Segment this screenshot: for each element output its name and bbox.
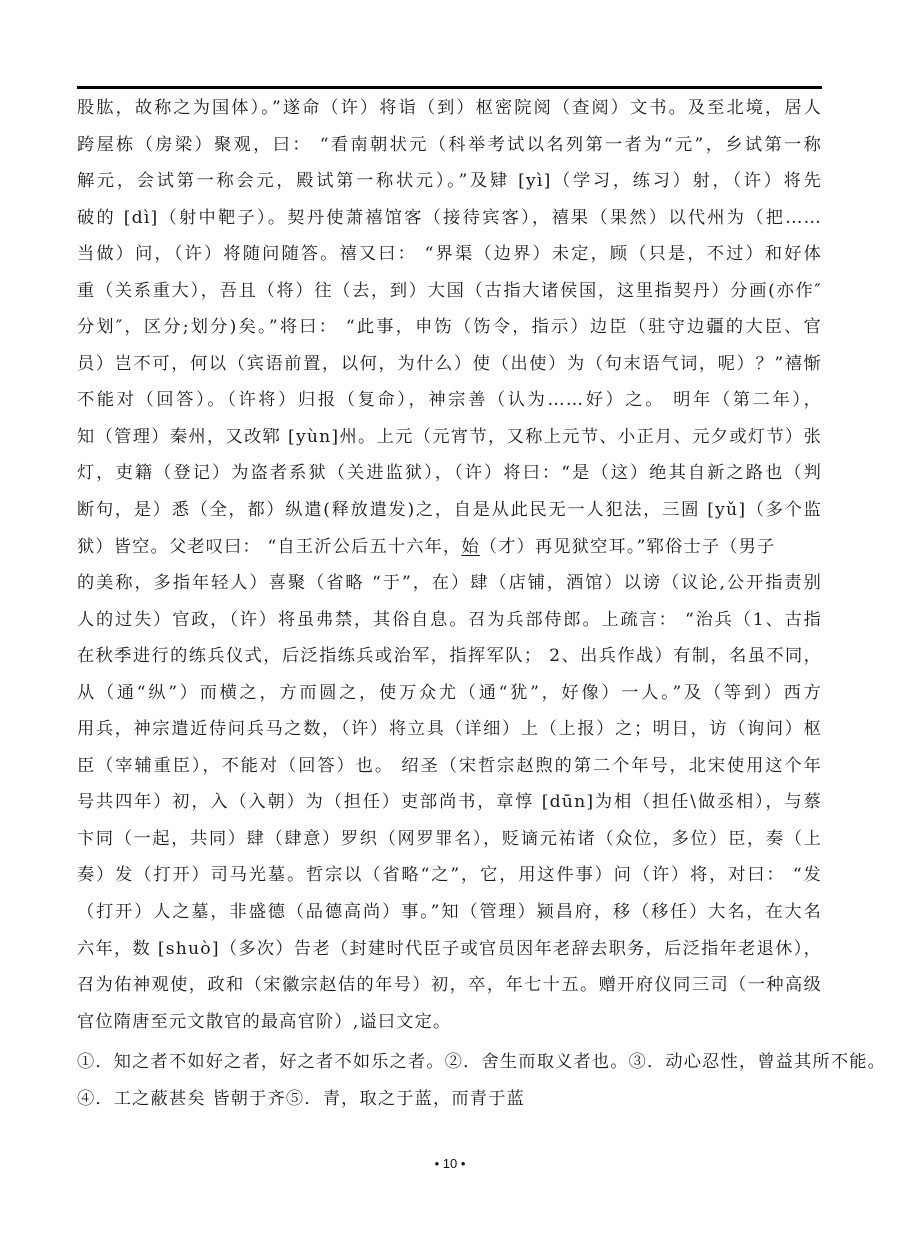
quote-line: ④．工之蔽甚矣 皆朝于齐⑤．青，取之于蓝，而青于蓝 [77,1081,822,1118]
text-line: 在秋季进行的练兵仪式，后泛指练兵或治军，指挥军队； 2、出兵作战）有制，名虽不同… [77,638,822,675]
text-line: 分划″，区分;划分)矣。”将曰： “此事，申饬（饬令，指示）边臣（驻守边疆的大臣… [77,309,822,346]
text-line: 号共四年）初，入（入朝）为（担任）吏部尚书，章惇 [dūn]为相（担任\做丞相）… [77,784,822,821]
text-line: 解元，会试第一称会元，殿试第一称状元）。”及肄 [yì]（学习，练习）射，（许）… [77,163,822,200]
page-number: • 10 • [0,1156,900,1171]
header-rule [77,86,822,89]
text-line: 断句，是）悉（全，都）纵遣(释放遣发)之，自是从此民无一人犯法，三圄 [yǔ]（… [77,492,822,529]
text-line: 员）岂不可，何以（宾语前置，以何，为什么）使（出使）为（句末语气词，呢）？”禧惭 [77,346,822,383]
text-line: 跨屋栋（房梁）聚观，曰： “看南朝状元（科举考试以名列第一者为“元”，乡试第一称 [77,127,822,164]
document-body: 股肱，故称之为国体）。”遂命（许）将诣（到）枢密院阅（查阅）文书。及至北境，居人… [77,90,822,1117]
text-line: 官位隋唐至元文散官的最高官阶）,谥曰文定。 [77,1004,822,1041]
text-line: 破的 [dì]（射中靶子）。契丹使萧禧馆客（接待宾客），禧果（果然）以代州为（把… [77,200,822,237]
text-line: 卞同（一起，共同）肆（肆意）罗织（网罗罪名），贬谪元祐诸（众位，多位）臣，奏（上 [77,821,822,858]
text-line: 的美称，多指年轻人）喜聚（省略 “于”，在）肆（店铺，酒馆）以谤（议论,公开指责… [77,565,822,602]
text-line: 股肱，故称之为国体）。”遂命（许）将诣（到）枢密院阅（查阅）文书。及至北境，居人 [77,90,822,127]
underlined-word: 始 [461,537,479,557]
text-line: 六年，数 [shuò]（多次）告老（封建时代臣子或官员因年老辞去职务，后泛指年老… [77,931,822,968]
text-line: 用兵，神宗遣近侍问兵马之数，（许）将立具（详细）上（上报）之；明日，访（询问）枢 [77,711,822,748]
text-segment: 狱）皆空。父老叹曰： “自王沂公后五十六年， [77,537,461,557]
text-line: 知（管理）秦州，又改郓 [yùn]州。上元（元宵节，又称上元节、小正月、元夕或灯… [77,419,822,456]
text-line: 当做）问，（许）将随问随答。禧又曰： “界渠（边界）未定，顾（只是，不过）和好体 [77,236,822,273]
text-line: 狱）皆空。父老叹曰： “自王沂公后五十六年，始（才）再见狱空耳。”郓俗士子（男子 [77,529,822,566]
text-line: 召为佑神观使，政和（宋徽宗赵佶的年号）初，卒，年七十五。赠开府仪同三司（一种高级 [77,967,822,1004]
text-segment: （才）再见狱空耳。”郓俗士子（男子 [480,537,776,557]
text-line: 重（关系重大），吾且（将）往（去，到）大国（古指大诸侯国，这里指契丹）分画(亦作… [77,273,822,310]
text-line: 从（通“纵”）而横之，方而圆之，使万众尤（通“犹”，好像）一人。”及（等到）西方 [77,675,822,712]
text-line: 灯，吏籍（登记）为盗者系狱（关进监狱），（许）将曰：“是（这）绝其自新之路也（判 [77,455,822,492]
text-line: 人的过失）官政，（许）将虽弗禁，其俗自息。召为兵部侍郎。上疏言： “治兵（1、古… [77,602,822,639]
text-line: 臣（宰辅重臣），不能对（回答）也。 绍圣（宋哲宗赵煦的第二个年号，北宋使用这个年 [77,748,822,785]
text-line: （打开）人之墓，非盛德（品德高尚）事。”知（管理）颍昌府，移（移任）大名，在大名 [77,894,822,931]
quote-line: ①．知之者不如好之者，好之者不如乐之者。②．舍生而取义者也。③．动心忍性，曾益其… [77,1044,822,1081]
text-line: 不能对（回答）。（许将）归报（复命），神宗善（认为……好）之。 明年（第二年）， [77,382,822,419]
text-line: 奏）发（打开）司马光墓。哲宗以（省略“之”，它，用这件事）问（许）将，对曰： “… [77,857,822,894]
